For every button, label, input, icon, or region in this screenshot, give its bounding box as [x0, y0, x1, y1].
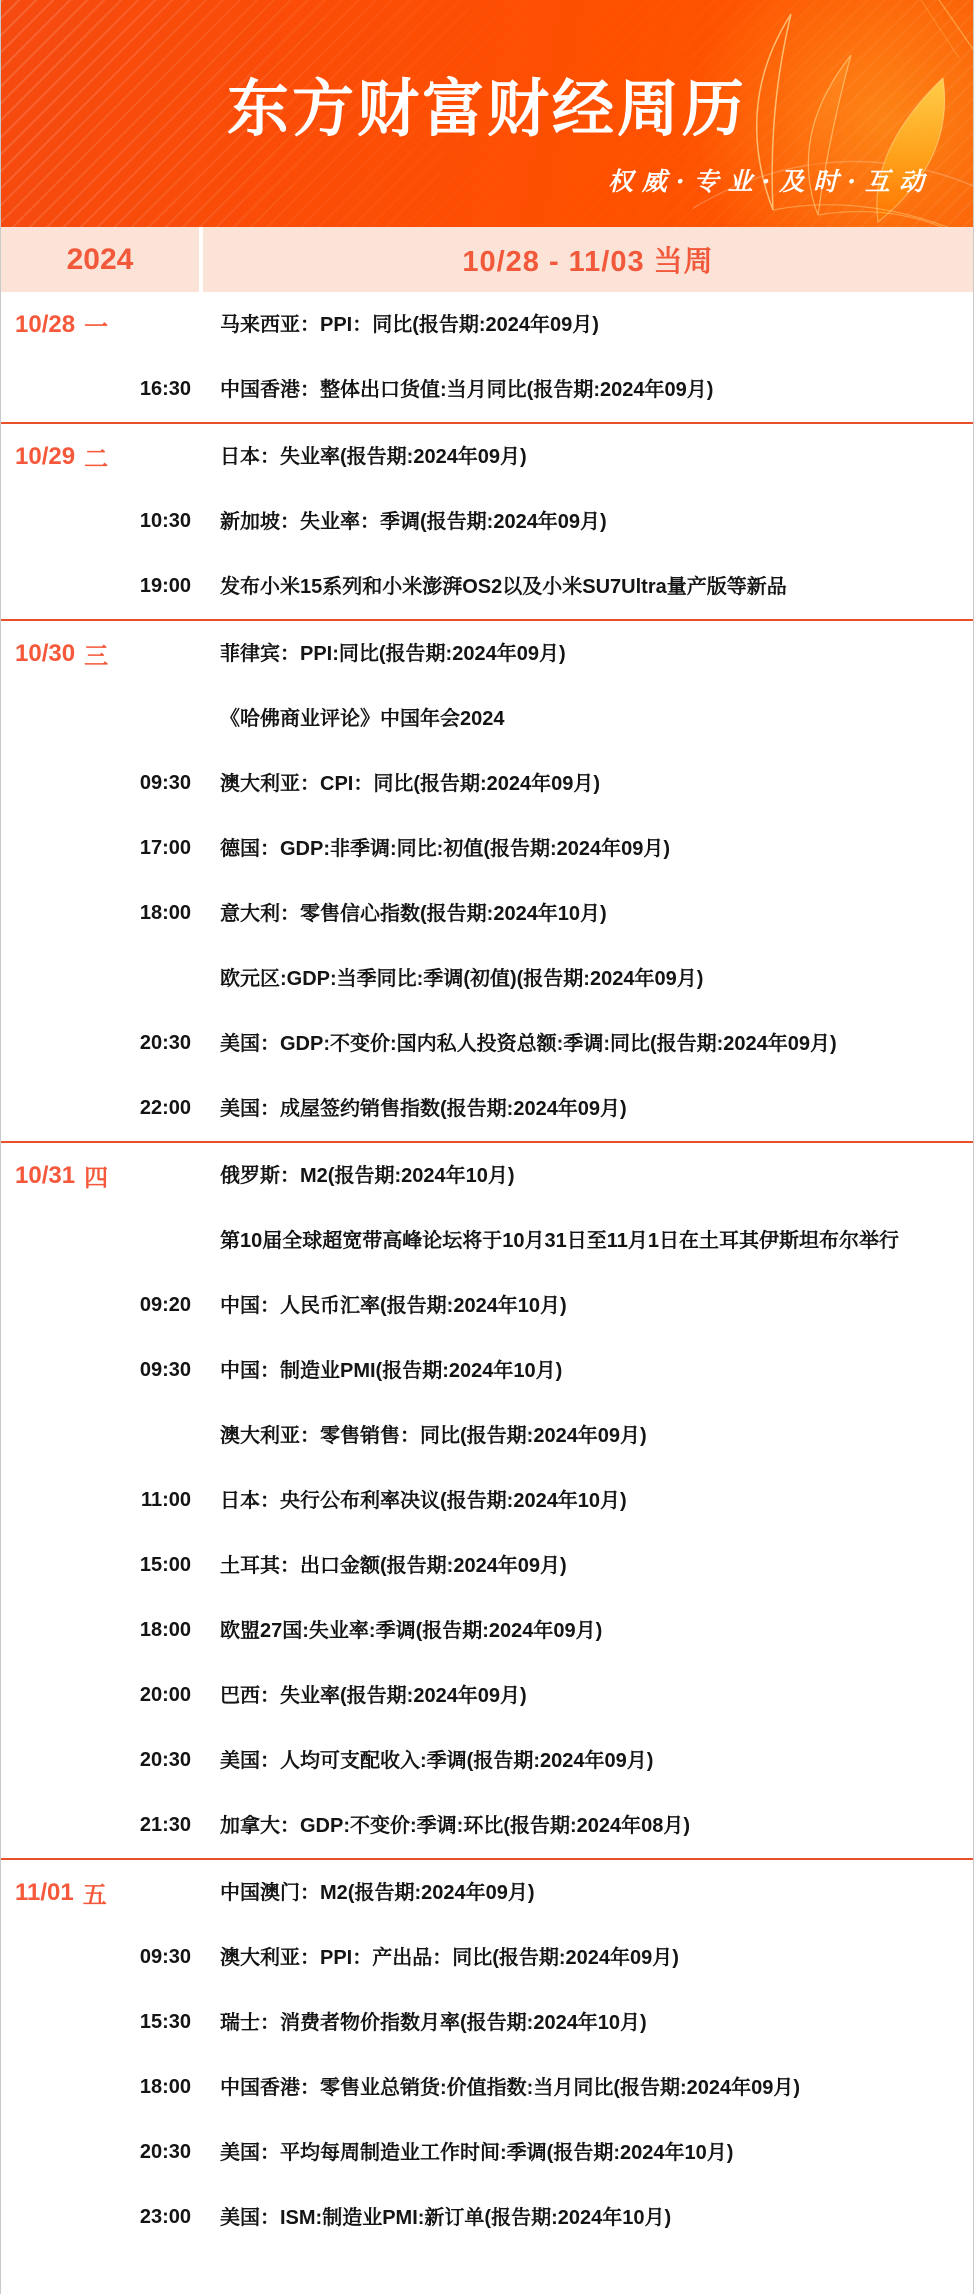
event-row: 18:00 欧盟27国:失业率:季调(报告期:2024年09月)	[1, 1598, 973, 1663]
event-title: 俄罗斯：M2(报告期:2024年10月)	[220, 1158, 537, 1194]
banner-slogan: 权威·专业·及时·互动	[608, 162, 933, 198]
event-title: 中国：制造业PMI(报告期:2024年10月)	[220, 1353, 584, 1389]
event-row: 欧元区:GDP:当季同比:季调(初值)(报告期:2024年09月)	[1, 946, 973, 1011]
day-date: 10/30	[15, 640, 75, 668]
day-date: 10/31	[15, 1162, 75, 1190]
event-time: 15:30	[1, 2011, 191, 2034]
event-title: 加拿大：GDP:不变价:季调:环比(报告期:2024年08月)	[220, 1808, 712, 1844]
day-label: 10/31 四	[15, 1143, 108, 1208]
day-of-week: 一	[84, 307, 108, 342]
banner: 东方财富财经周历 权威·专业·及时·互动	[1, 0, 973, 227]
day-events: 中国澳门：M2(报告期:2024年09月) 09:30 澳大利亚：PPI：产出品…	[1, 1860, 973, 2250]
day-date: 10/28	[15, 311, 75, 339]
page-title: 东方财富财经周历	[1, 74, 973, 146]
week-header-bar: 2024 10/28 - 11/03 当周	[1, 227, 973, 292]
event-time: 20:30	[1, 2141, 191, 2164]
event-title: 美国：成屋签约销售指数(报告期:2024年09月)	[220, 1091, 649, 1127]
event-time: 22:00	[1, 1097, 191, 1120]
event-time: 09:30	[1, 772, 191, 795]
event-row: 10:30 新加坡：失业率：季调(报告期:2024年09月)	[1, 489, 973, 554]
event-time: 15:00	[1, 1554, 191, 1577]
day-events: 俄罗斯：M2(报告期:2024年10月) 第10届全球超宽带高峰论坛将于10月3…	[1, 1143, 973, 1858]
event-title: 中国香港：零售业总销货:价值指数:当月同比(报告期:2024年09月)	[220, 2070, 822, 2106]
event-title: 巴西：失业率(报告期:2024年09月)	[220, 1678, 549, 1714]
event-time: 17:00	[1, 837, 191, 860]
event-title: 澳大利亚：零售销售：同比(报告期:2024年09月)	[220, 1418, 669, 1454]
event-row: 09:30 澳大利亚：CPI：同比(报告期:2024年09月)	[1, 751, 973, 816]
event-title: 德国：GDP:非季调:同比:初值(报告期:2024年09月)	[220, 831, 692, 867]
event-time: 09:20	[1, 1294, 191, 1317]
day-label: 10/28 一	[15, 292, 108, 357]
event-title: 澳大利亚：PPI：产出品：同比(报告期:2024年09月)	[220, 1940, 701, 1976]
event-time: 09:30	[1, 1946, 191, 1969]
event-title: 菲律宾：PPI:同比(报告期:2024年09月)	[220, 636, 588, 672]
day-date: 10/29	[15, 443, 75, 471]
event-row: 20:00 巴西：失业率(报告期:2024年09月)	[1, 1663, 973, 1728]
event-time: 18:00	[1, 2076, 191, 2099]
event-time: 10:30	[1, 510, 191, 533]
day-events: 菲律宾：PPI:同比(报告期:2024年09月) 《哈佛商业评论》中国年会202…	[1, 621, 973, 1141]
event-row: 22:00 美国：成屋签约销售指数(报告期:2024年09月)	[1, 1076, 973, 1141]
event-title: 发布小米15系列和小米澎湃OS2以及小米SU7Ultra量产版等新品	[220, 569, 809, 605]
event-time: 16:30	[1, 378, 191, 401]
day-of-week: 四	[84, 1158, 108, 1193]
year-label: 2024	[1, 227, 199, 292]
event-row: 23:00 美国：ISM:制造业PMI:新订单(报告期:2024年10月)	[1, 2185, 973, 2250]
event-time: 18:00	[1, 902, 191, 925]
event-row: 19:00 发布小米15系列和小米澎湃OS2以及小米SU7Ultra量产版等新品	[1, 554, 973, 619]
event-time: 11:00	[1, 1489, 191, 1512]
event-title: 中国：人民币汇率(报告期:2024年10月)	[220, 1288, 589, 1324]
event-time: 21:30	[1, 1814, 191, 1837]
event-title: 新加坡：失业率：季调(报告期:2024年09月)	[220, 504, 629, 540]
day-of-week: 五	[83, 1875, 107, 1910]
event-row: 20:30 美国：GDP:不变价:国内私人投资总额:季调:同比(报告期:2024…	[1, 1011, 973, 1076]
day-of-week: 二	[84, 439, 108, 474]
event-row: 日本：失业率(报告期:2024年09月)	[1, 424, 973, 489]
event-row: 09:30 澳大利亚：PPI：产出品：同比(报告期:2024年09月)	[1, 1925, 973, 1990]
event-title: 欧元区:GDP:当季同比:季调(初值)(报告期:2024年09月)	[220, 961, 725, 997]
day-block: 10/29 二 日本：失业率(报告期:2024年09月) 10:30 新加坡：失…	[1, 424, 973, 621]
day-events: 马来西亚：PPI：同比(报告期:2024年09月) 16:30 中国香港：整体出…	[1, 292, 973, 422]
event-row: 21:30 加拿大：GDP:不变价:季调:环比(报告期:2024年08月)	[1, 1793, 973, 1858]
event-time: 20:30	[1, 1749, 191, 1772]
event-title: 欧盟27国:失业率:季调(报告期:2024年09月)	[220, 1613, 624, 1649]
day-of-week: 三	[84, 636, 108, 671]
event-title: 日本：失业率(报告期:2024年09月)	[220, 439, 549, 475]
event-row: 18:00 意大利：零售信心指数(报告期:2024年10月)	[1, 881, 973, 946]
event-row: 20:30 美国：平均每周制造业工作时间:季调(报告期:2024年10月)	[1, 2120, 973, 2185]
day-block: 10/30 三 菲律宾：PPI:同比(报告期:2024年09月) 《哈佛商业评论…	[1, 621, 973, 1143]
event-row: 澳大利亚：零售销售：同比(报告期:2024年09月)	[1, 1403, 973, 1468]
event-title: 瑞士：消费者物价指数月率(报告期:2024年10月)	[220, 2005, 669, 2041]
event-row: 16:30 中国香港：整体出口货值:当月同比(报告期:2024年09月)	[1, 357, 973, 422]
event-row: 09:30 中国：制造业PMI(报告期:2024年10月)	[1, 1338, 973, 1403]
event-title: 美国：平均每周制造业工作时间:季调(报告期:2024年10月)	[220, 2135, 755, 2171]
event-time: 20:30	[1, 1032, 191, 1055]
event-title: 第10届全球超宽带高峰论坛将于10月31日至11月1日在土耳其伊斯坦布尔举行	[220, 1223, 921, 1259]
event-row: 18:00 中国香港：零售业总销货:价值指数:当月同比(报告期:2024年09月…	[1, 2055, 973, 2120]
event-row: 17:00 德国：GDP:非季调:同比:初值(报告期:2024年09月)	[1, 816, 973, 881]
day-label: 11/01 五	[15, 1860, 107, 1925]
event-title: 土耳其：出口金额(报告期:2024年09月)	[220, 1548, 589, 1584]
day-block: 11/01 五 中国澳门：M2(报告期:2024年09月) 09:30 澳大利亚…	[1, 1860, 973, 2250]
event-title: 马来西亚：PPI：同比(报告期:2024年09月)	[220, 307, 621, 343]
day-events: 日本：失业率(报告期:2024年09月) 10:30 新加坡：失业率：季调(报告…	[1, 424, 973, 619]
day-block: 10/28 一 马来西亚：PPI：同比(报告期:2024年09月) 16:30 …	[1, 292, 973, 424]
event-row: 第10届全球超宽带高峰论坛将于10月31日至11月1日在土耳其伊斯坦布尔举行	[1, 1208, 973, 1273]
event-time: 23:00	[1, 2206, 191, 2229]
event-time: 19:00	[1, 575, 191, 598]
day-date: 11/01	[15, 1879, 74, 1907]
event-row: 15:00 土耳其：出口金额(报告期:2024年09月)	[1, 1533, 973, 1598]
event-row: 中国澳门：M2(报告期:2024年09月)	[1, 1860, 973, 1925]
event-title: 《哈佛商业评论》中国年会2024	[220, 701, 527, 737]
event-row: 菲律宾：PPI:同比(报告期:2024年09月)	[1, 621, 973, 686]
day-list: 10/28 一 马来西亚：PPI：同比(报告期:2024年09月) 16:30 …	[1, 292, 973, 2250]
event-row: 15:30 瑞士：消费者物价指数月率(报告期:2024年10月)	[1, 1990, 973, 2055]
day-block: 10/31 四 俄罗斯：M2(报告期:2024年10月) 第10届全球超宽带高峰…	[1, 1143, 973, 1860]
event-title: 美国：人均可支配收入:季调(报告期:2024年09月)	[220, 1743, 675, 1779]
event-row: 《哈佛商业评论》中国年会2024	[1, 686, 973, 751]
event-title: 中国香港：整体出口货值:当月同比(报告期:2024年09月)	[220, 372, 735, 408]
event-time: 09:30	[1, 1359, 191, 1382]
weekly-calendar-poster: 东方财富财经周历 权威·专业·及时·互动 2024 10/28 - 11/03 …	[0, 0, 974, 2294]
event-row: 20:30 美国：人均可支配收入:季调(报告期:2024年09月)	[1, 1728, 973, 1793]
event-row: 马来西亚：PPI：同比(报告期:2024年09月)	[1, 292, 973, 357]
day-label: 10/30 三	[15, 621, 108, 686]
event-time: 18:00	[1, 1619, 191, 1642]
day-label: 10/29 二	[15, 424, 108, 489]
event-title: 日本：央行公布利率决议(报告期:2024年10月)	[220, 1483, 649, 1519]
event-row: 俄罗斯：M2(报告期:2024年10月)	[1, 1143, 973, 1208]
event-title: 澳大利亚：CPI：同比(报告期:2024年09月)	[220, 766, 622, 802]
event-time: 20:00	[1, 1684, 191, 1707]
event-row: 11:00 日本：央行公布利率决议(报告期:2024年10月)	[1, 1468, 973, 1533]
event-title: 美国：GDP:不变价:国内私人投资总额:季调:同比(报告期:2024年09月)	[220, 1026, 859, 1062]
week-range-label: 10/28 - 11/03 当周	[203, 227, 973, 292]
event-title: 意大利：零售信心指数(报告期:2024年10月)	[220, 896, 629, 932]
event-title: 中国澳门：M2(报告期:2024年09月)	[220, 1875, 557, 1911]
event-title: 美国：ISM:制造业PMI:新订单(报告期:2024年10月)	[220, 2200, 693, 2236]
event-row: 09:20 中国：人民币汇率(报告期:2024年10月)	[1, 1273, 973, 1338]
